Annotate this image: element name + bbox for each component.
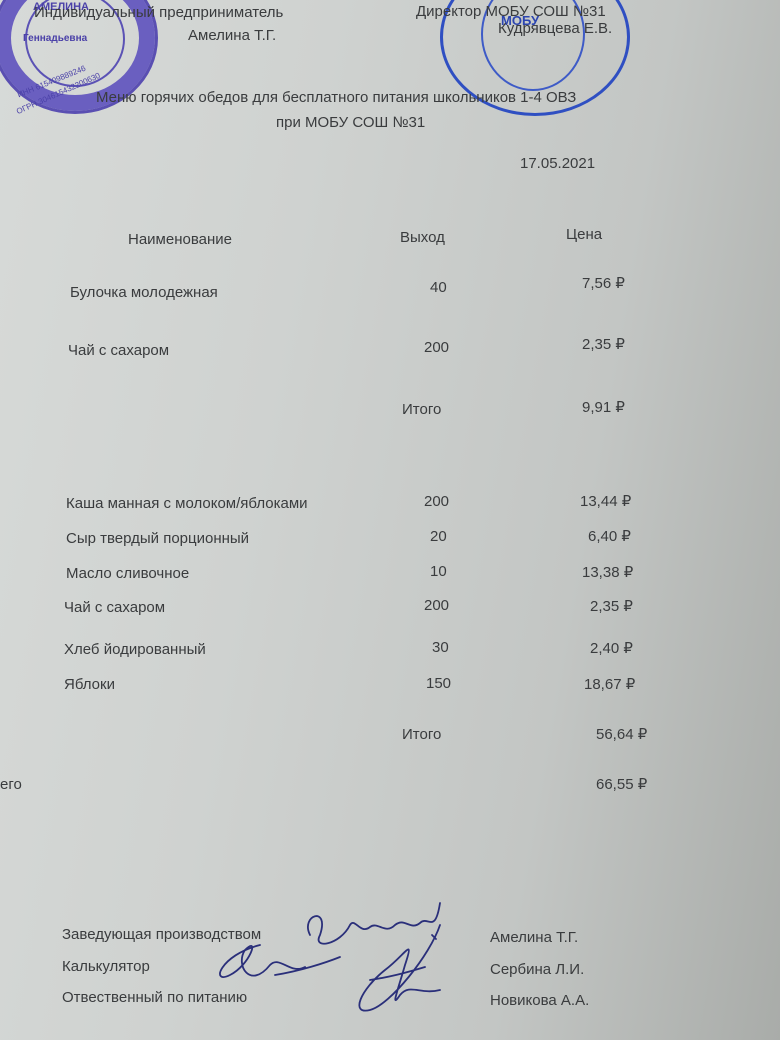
item-price: 2,35 ₽ [590, 597, 633, 615]
item-name: Чай с сахаром [64, 599, 165, 616]
item-name: Каша манная с молоком/яблоками [66, 495, 308, 512]
subtotal-label: Итого [402, 726, 441, 743]
item-name: Хлеб йодированный [64, 641, 206, 658]
stamp-left-patronymic: Геннадьевна [23, 33, 87, 44]
document-subtitle: при МОБУ СОШ №31 [276, 114, 425, 131]
item-output: 200 [424, 597, 449, 614]
header-left-title: Индивидуальный предприниматель [34, 4, 283, 21]
header-right-name: Кудрявцева Е.В. [498, 20, 612, 37]
item-price: 2,40 ₽ [590, 639, 633, 657]
signature-name: Сербина Л.И. [490, 961, 584, 978]
item-output: 30 [432, 639, 449, 656]
item-name: Булочка молодежная [70, 284, 218, 301]
item-price: 13,44 ₽ [580, 492, 631, 510]
item-price: 2,35 ₽ [582, 335, 625, 353]
item-output: 40 [430, 279, 447, 296]
signature-role: Калькулятор [62, 958, 150, 975]
item-output: 20 [430, 528, 447, 545]
item-output: 10 [430, 563, 447, 580]
grand-total-price: 66,55 ₽ [596, 775, 647, 793]
document-title: Меню горячих обедов для бесплатного пита… [96, 89, 576, 106]
item-output: 200 [424, 339, 449, 356]
handwritten-signatures-icon [200, 895, 460, 1030]
subtotal-price: 56,64 ₽ [596, 725, 647, 743]
item-name: Масло сливочное [66, 565, 189, 582]
item-price: 6,40 ₽ [588, 527, 631, 545]
header-right-title: Директор МОБУ СОШ №31 [416, 3, 606, 20]
item-name: Чай с сахаром [68, 342, 169, 359]
signature-name: Амелина Т.Г. [490, 929, 578, 946]
item-price: 7,56 ₽ [582, 274, 625, 292]
item-price: 13,38 ₽ [582, 563, 633, 581]
document-date: 17.05.2021 [520, 155, 595, 172]
item-name: Яблоки [64, 676, 115, 693]
grand-total-label: его [0, 776, 22, 793]
header-left-name: Амелина Т.Г. [188, 27, 276, 44]
signature-name: Новикова А.А. [490, 992, 589, 1009]
item-output: 200 [424, 493, 449, 510]
item-output: 150 [426, 675, 451, 692]
column-header-name: Наименование [128, 231, 232, 248]
column-header-price: Цена [566, 226, 602, 243]
subtotal-label: Итого [402, 401, 441, 418]
column-header-output: Выход [400, 229, 445, 246]
item-name: Сыр твердый порционный [66, 530, 249, 547]
item-price: 18,67 ₽ [584, 675, 635, 693]
subtotal-price: 9,91 ₽ [582, 398, 625, 416]
